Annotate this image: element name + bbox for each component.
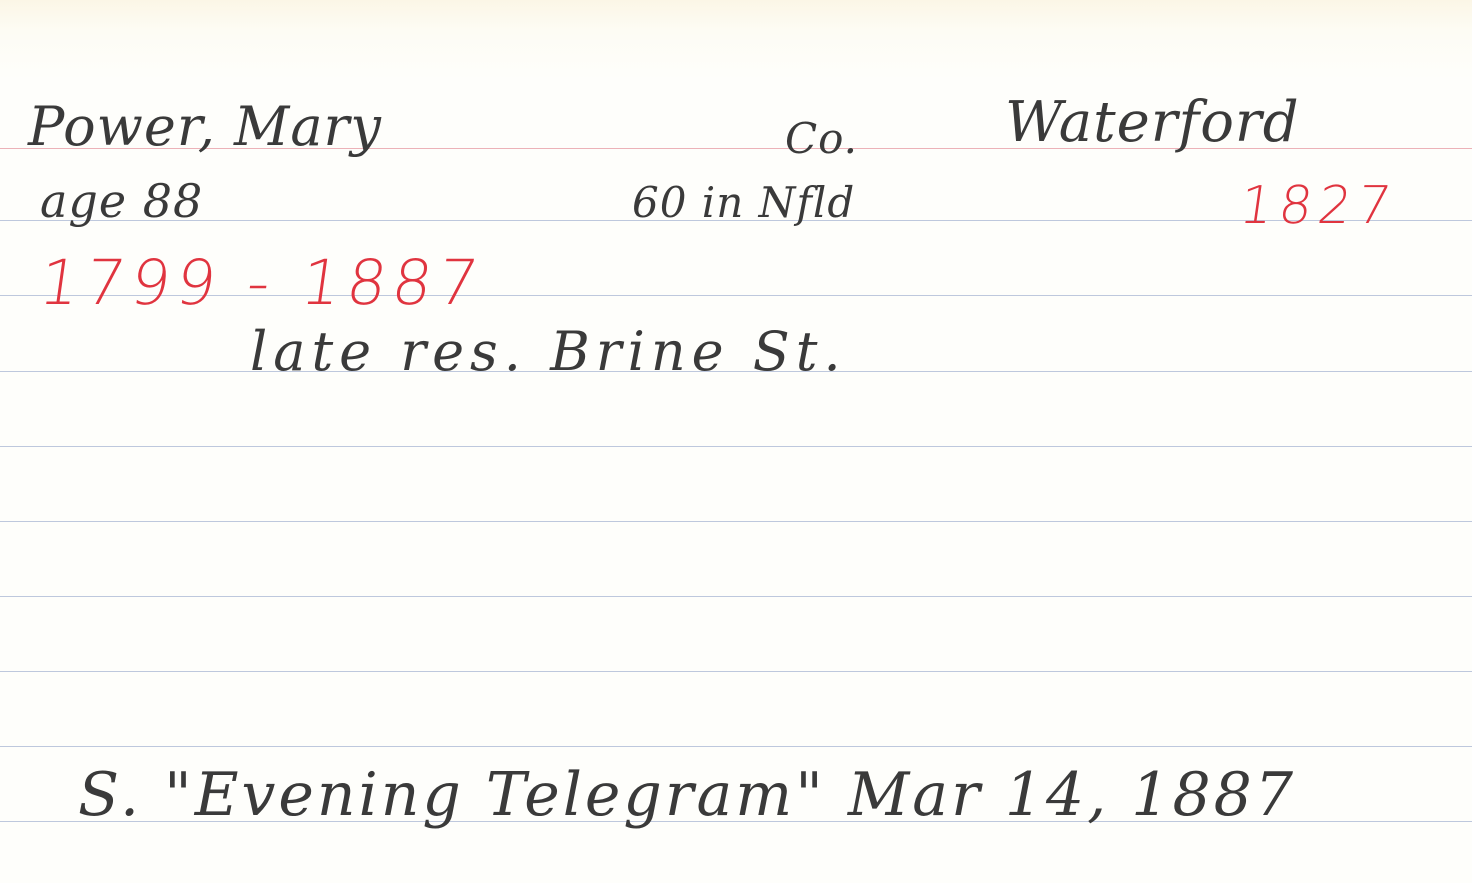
county-label: Co.	[785, 118, 858, 160]
arrival-year: 1827	[1236, 180, 1400, 232]
life-span: 1799 - 1887	[36, 252, 488, 314]
ruled-line	[0, 746, 1472, 747]
person-name: Power, Mary	[28, 100, 382, 154]
years-in-newfoundland: 60 in Nfld	[632, 182, 855, 224]
ruled-line	[0, 521, 1472, 522]
ruled-line	[0, 596, 1472, 597]
age: age 88	[40, 178, 203, 224]
ruled-line	[0, 446, 1472, 447]
ruled-line	[0, 671, 1472, 672]
source-citation: S. "Evening Telegram" Mar 14, 1887	[78, 765, 1296, 825]
late-residence: late res. Brine St.	[250, 325, 847, 379]
county-name: Waterford	[1005, 95, 1300, 151]
index-card: Power, Mary Co. Waterford age 88 60 in N…	[0, 0, 1472, 883]
